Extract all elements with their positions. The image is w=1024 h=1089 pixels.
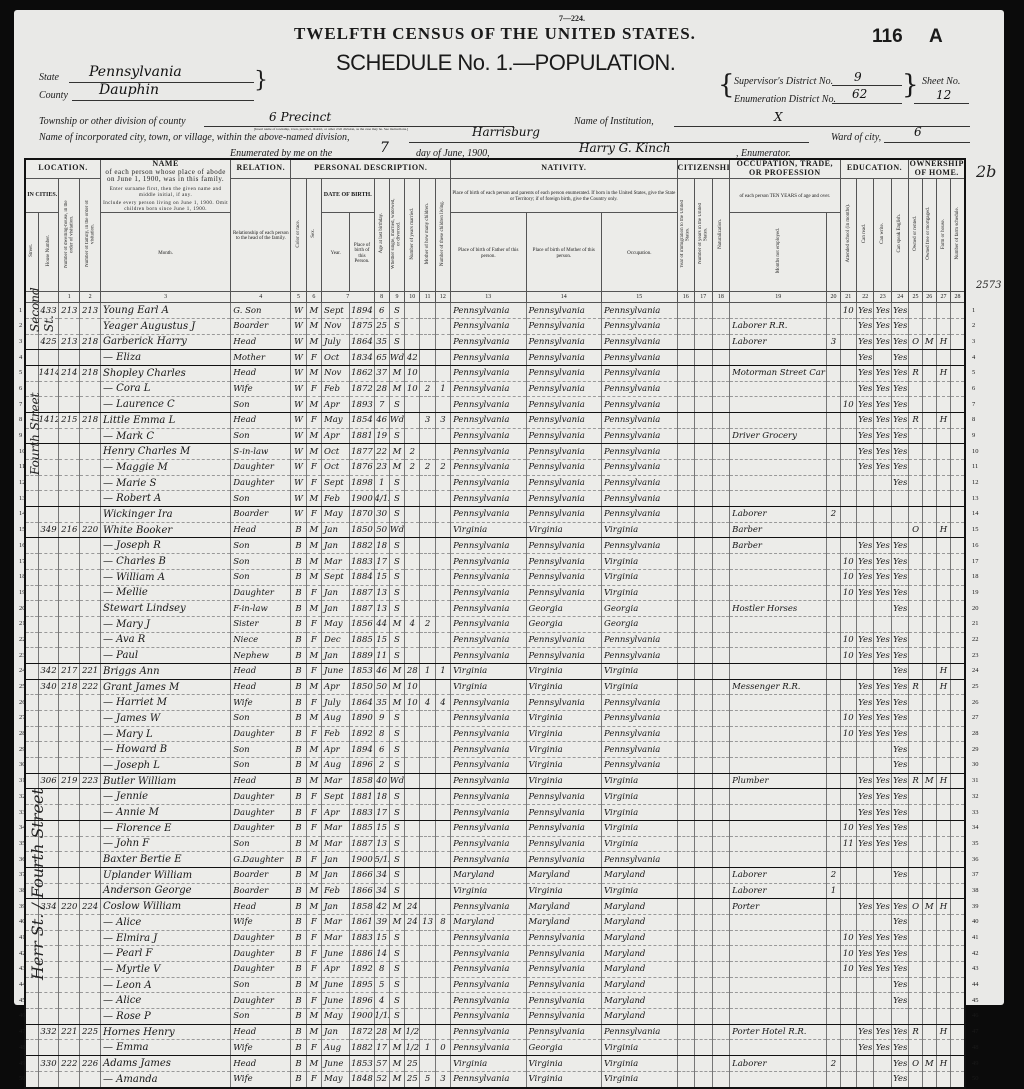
cell-fh xyxy=(936,946,950,962)
row-number: 3 xyxy=(19,338,22,345)
cell-ym xyxy=(405,962,420,978)
cell-ym: 2 xyxy=(405,460,420,476)
cell-fam xyxy=(80,1009,101,1016)
cell-sch xyxy=(840,601,856,617)
page-letter: A xyxy=(929,26,943,48)
cell-fm xyxy=(922,852,936,868)
cell-bp: Virginia xyxy=(451,883,526,899)
cell-read: Yes xyxy=(856,303,874,319)
cell-mu xyxy=(827,569,840,585)
row-number: 4 xyxy=(19,354,22,361)
cell-year: 1895 xyxy=(350,977,374,993)
cell-write xyxy=(874,993,892,1009)
cell-bf: Pennsylvania xyxy=(526,303,601,319)
cell-ym xyxy=(405,820,420,836)
cell-fs xyxy=(951,695,965,711)
cell-fs xyxy=(951,632,965,648)
cell-moc xyxy=(420,334,435,350)
row-number: 30 xyxy=(972,761,979,768)
column-number: 13 xyxy=(451,292,526,303)
cell-dw xyxy=(59,711,80,727)
cell-rel: Head xyxy=(231,522,291,538)
cell-eng: Yes xyxy=(891,569,909,585)
cell-cl xyxy=(435,946,450,962)
cell-own xyxy=(909,1009,922,1016)
cell-bm: Virginia xyxy=(602,522,678,538)
cell-mar: S xyxy=(389,867,404,883)
cell-occ xyxy=(730,648,827,664)
relation-header: RELATION. xyxy=(231,159,291,178)
cell-write: Yes xyxy=(874,711,892,727)
cell-sch xyxy=(840,412,856,428)
cell-cl xyxy=(435,601,450,617)
years-married-label: Number of years married. xyxy=(410,208,416,260)
cell-sex: F xyxy=(306,789,321,805)
cell-fm xyxy=(922,585,936,601)
row-number: 10 xyxy=(972,448,979,455)
cell-cl: 4 xyxy=(435,695,450,711)
table-row: — Joseph RSonBMJan188218SPennsylvaniaPen… xyxy=(25,538,965,554)
cell-moc xyxy=(420,303,435,319)
cell-street xyxy=(25,993,38,1009)
cell-read: Yes xyxy=(856,585,874,601)
cell-occ xyxy=(730,397,827,413)
cell-fam xyxy=(80,914,101,930)
cell-imm xyxy=(677,852,695,868)
cell-fh: H xyxy=(936,522,950,538)
cell-fs xyxy=(951,758,965,774)
cell-name: — Mellie xyxy=(101,585,231,601)
cell-month: Mar xyxy=(322,773,350,789)
cell-nat xyxy=(712,334,730,350)
cell-name: — Jennie xyxy=(101,789,231,805)
cell-fh xyxy=(936,805,950,821)
brace: } xyxy=(254,68,268,93)
cell-occ xyxy=(730,742,827,758)
cell-own xyxy=(909,460,922,476)
column-number: 16 xyxy=(677,292,695,303)
cell-dw xyxy=(59,585,80,601)
row-number: 9 xyxy=(19,432,22,439)
cell-fam xyxy=(80,491,101,507)
cell-bp: Pennsylvania xyxy=(451,538,526,554)
cell-imm xyxy=(677,789,695,805)
cell-month: Apr xyxy=(322,805,350,821)
cell-own xyxy=(909,397,922,413)
table-row: — Mark CSonWMApr188119SPennsylvaniaPenns… xyxy=(25,428,965,444)
cell-mu xyxy=(827,1009,840,1016)
cell-mu xyxy=(827,350,840,366)
cell-mar: S xyxy=(389,758,404,774)
cell-moc xyxy=(420,883,435,899)
cell-read: Yes xyxy=(856,805,874,821)
cell-fh xyxy=(936,977,950,993)
cell-yus xyxy=(695,616,713,632)
cell-read: Yes xyxy=(856,930,874,946)
cell-fh xyxy=(936,350,950,366)
cell-bp: Pennsylvania xyxy=(451,491,526,507)
row-number: 13 xyxy=(19,495,26,502)
cell-eng: Yes xyxy=(891,585,909,601)
cell-eng: Yes xyxy=(891,711,909,727)
cell-sex: F xyxy=(306,930,321,946)
cell-fam xyxy=(80,946,101,962)
cell-nat xyxy=(712,679,730,695)
cell-fh xyxy=(936,538,950,554)
cell-rel: Daughter xyxy=(231,475,291,491)
cell-mar: M xyxy=(389,914,404,930)
cell-read: Yes xyxy=(856,648,874,664)
dwelling-label: Number of dwelling-house, in the order o… xyxy=(64,197,75,271)
cell-yus xyxy=(695,460,713,476)
cell-age: 13 xyxy=(374,836,389,852)
cell-year: 1858 xyxy=(350,773,374,789)
cell-ym xyxy=(405,522,420,538)
cell-bp: Virginia xyxy=(451,679,526,695)
cell-year: 1887 xyxy=(350,601,374,617)
cell-sex: M xyxy=(306,303,321,319)
cell-fs xyxy=(951,899,965,915)
cell-bf: Pennsylvania xyxy=(526,946,601,962)
cell-imm xyxy=(677,350,695,366)
cell-moc xyxy=(420,350,435,366)
table-body: 433213213Young Earl AG. SonWMSept18946SP… xyxy=(25,303,965,1016)
cell-cl xyxy=(435,334,450,350)
farm-house-header: Farm or house. xyxy=(936,178,950,292)
street-label: Street. xyxy=(29,244,35,257)
cell-fam xyxy=(80,742,101,758)
name-note-1: Enter surname first, then the given name… xyxy=(101,187,230,198)
cell-yus xyxy=(695,742,713,758)
cell-bf: Georgia xyxy=(526,601,601,617)
cell-bm: Virginia xyxy=(602,554,678,570)
cell-month: Feb xyxy=(322,381,350,397)
cell-occ xyxy=(730,412,827,428)
cell-occ xyxy=(730,695,827,711)
cell-nat xyxy=(712,883,730,899)
cell-color: W xyxy=(291,397,306,413)
cell-dw: 213 xyxy=(59,334,80,350)
cell-bf: Pennsylvania xyxy=(526,585,601,601)
cell-write xyxy=(874,914,892,930)
cell-fs xyxy=(951,507,965,523)
cell-fm xyxy=(922,616,936,632)
cell-name: Stewart Lindsey xyxy=(101,601,231,617)
farm-house-label: Farm or house. xyxy=(941,219,947,249)
table-row: — AliceWifeBFMar186139M24138MarylandMary… xyxy=(25,914,965,930)
cell-sex: M xyxy=(306,318,321,334)
cell-nat xyxy=(712,554,730,570)
cell-bf: Pennsylvania xyxy=(526,460,601,476)
cell-color: B xyxy=(291,522,306,538)
row-number: 25 xyxy=(972,683,979,690)
cell-month: Apr xyxy=(322,962,350,978)
cell-color: B xyxy=(291,585,306,601)
cell-bf: Pennsylvania xyxy=(526,836,601,852)
cell-occ xyxy=(730,632,827,648)
cell-year: 1900 xyxy=(350,852,374,868)
cell-bm: Pennsylvania xyxy=(602,648,678,664)
cell-moc xyxy=(420,773,435,789)
cell-occ xyxy=(730,444,827,460)
cell-fs xyxy=(951,318,965,334)
cell-nat xyxy=(712,977,730,993)
row-number: 7 xyxy=(972,401,975,408)
row-number: 2 xyxy=(19,322,22,329)
cell-age: 2 xyxy=(374,758,389,774)
cell-mu xyxy=(827,789,840,805)
cell-bp: Pennsylvania xyxy=(451,946,526,962)
cell-imm xyxy=(677,397,695,413)
cell-moc xyxy=(420,930,435,946)
cell-year: 1893 xyxy=(350,397,374,413)
cell-fh xyxy=(936,726,950,742)
cell-yus xyxy=(695,350,713,366)
cell-eng: Yes xyxy=(891,648,909,664)
cell-eng: Yes xyxy=(891,444,909,460)
cell-name: Baxter Bertie E xyxy=(101,852,231,868)
cell-ym: 10 xyxy=(405,679,420,695)
cell-name: — Cora L xyxy=(101,381,231,397)
population-table: LOCATION. NAME of each person whose plac… xyxy=(24,158,966,1016)
cell-month: Feb xyxy=(322,883,350,899)
cell-imm xyxy=(677,758,695,774)
row-number: 17 xyxy=(19,558,26,565)
cell-fam xyxy=(80,381,101,397)
table-row: — Leon ASonBMJune18955SPennsylvaniaPenns… xyxy=(25,977,965,993)
cell-bm: Virginia xyxy=(602,773,678,789)
cell-year: 1872 xyxy=(350,381,374,397)
cell-occ: Driver Grocery xyxy=(730,428,827,444)
cell-dw xyxy=(59,444,80,460)
cell-write: Yes xyxy=(874,397,892,413)
cell-write xyxy=(874,977,892,993)
row-number: 24 xyxy=(19,667,26,674)
cell-yus xyxy=(695,899,713,915)
cell-bm: Pennsylvania xyxy=(602,852,678,868)
cell-name: — Charles B xyxy=(101,554,231,570)
cell-occ xyxy=(730,585,827,601)
cell-rel: S-in-law xyxy=(231,444,291,460)
cell-fm xyxy=(922,491,936,507)
cell-yus xyxy=(695,303,713,319)
cell-read: Yes xyxy=(856,569,874,585)
cell-age: 50 xyxy=(374,522,389,538)
cell-year: 1887 xyxy=(350,585,374,601)
cell-bp: Pennsylvania xyxy=(451,334,526,350)
cell-eng: Yes xyxy=(891,538,909,554)
cell-sch xyxy=(840,914,856,930)
cell-ym xyxy=(405,632,420,648)
month-label: Month. xyxy=(101,251,230,257)
cell-name: — Laurence C xyxy=(101,397,231,413)
enum-district-label: Enumeration District No. xyxy=(734,94,836,105)
cell-year: 1856 xyxy=(350,616,374,632)
cell-dw: 214 xyxy=(59,365,80,381)
cell-ym xyxy=(405,742,420,758)
cell-fam: 224 xyxy=(80,899,101,915)
cell-bm: Pennsylvania xyxy=(602,303,678,319)
owned-rented-header: Owned or rented. xyxy=(909,178,922,292)
cell-imm xyxy=(677,585,695,601)
cell-cl xyxy=(435,632,450,648)
cell-month: Oct xyxy=(322,460,350,476)
cell-sex: M xyxy=(306,491,321,507)
table-row: — Rose PSonBMMay19001/12SPennsylvaniaPen… xyxy=(25,1009,965,1016)
cell-mu xyxy=(827,318,840,334)
township-note: [Insert name of township, town, precinct… xyxy=(254,127,408,131)
cell-fm xyxy=(922,522,936,538)
column-number: 12 xyxy=(435,292,450,303)
cell-rel: Son xyxy=(231,397,291,413)
cell-fh xyxy=(936,507,950,523)
cell-write: Yes xyxy=(874,381,892,397)
cell-eng: Yes xyxy=(891,350,909,366)
cell-nat xyxy=(712,632,730,648)
cell-mu xyxy=(827,428,840,444)
cell-rel: Boarder xyxy=(231,883,291,899)
cell-fh: H xyxy=(936,334,950,350)
cell-fam: 221 xyxy=(80,663,101,679)
cell-fs xyxy=(951,977,965,993)
cell-sch xyxy=(840,679,856,695)
column-number: 11 xyxy=(420,292,435,303)
cell-name: — Mary J xyxy=(101,616,231,632)
table-row: — Howard BSonBMApr18946SPennsylvaniaVirg… xyxy=(25,742,965,758)
cell-read: Yes xyxy=(856,773,874,789)
cell-bp: Pennsylvania xyxy=(451,820,526,836)
cell-fam xyxy=(80,789,101,805)
row-number: 11 xyxy=(972,463,978,470)
cell-moc xyxy=(420,632,435,648)
years-us-header: Number of years in the United States. xyxy=(695,178,713,292)
cell-cl xyxy=(435,428,450,444)
cell-year: 1850 xyxy=(350,679,374,695)
table-row: — PaulNephewBMJan188911SPennsylvaniaPenn… xyxy=(25,648,965,664)
cell-age: 35 xyxy=(374,334,389,350)
cell-fm xyxy=(922,930,936,946)
cell-read: Yes xyxy=(856,318,874,334)
row-number: 11 xyxy=(19,463,25,470)
row-number: 35 xyxy=(972,840,979,847)
row-number: 23 xyxy=(972,652,979,659)
cell-bp: Pennsylvania xyxy=(451,460,526,476)
cell-own xyxy=(909,962,922,978)
cell-ym xyxy=(405,538,420,554)
years-married-header: Number of years married. xyxy=(405,178,420,292)
birth-father-header: Place of birth of Father of this person. xyxy=(451,213,526,292)
cell-occ xyxy=(730,977,827,993)
cell-fam xyxy=(80,569,101,585)
cell-sex: M xyxy=(306,1009,321,1016)
cell-moc xyxy=(420,569,435,585)
cell-mar: S xyxy=(389,962,404,978)
row-number: 28 xyxy=(19,730,26,737)
cell-fs xyxy=(951,679,965,695)
cell-eng: Yes xyxy=(891,318,909,334)
month-header: Month. xyxy=(101,213,231,292)
cell-ym xyxy=(405,412,420,428)
cell-month: Aug xyxy=(322,758,350,774)
cell-month: Apr xyxy=(322,397,350,413)
cell-imm xyxy=(677,742,695,758)
cell-imm xyxy=(677,303,695,319)
cell-nat xyxy=(712,789,730,805)
cell-ym xyxy=(405,977,420,993)
cell-sex: F xyxy=(306,695,321,711)
cell-fh xyxy=(936,742,950,758)
cell-fh xyxy=(936,616,950,632)
cell-bp: Pennsylvania xyxy=(451,444,526,460)
cell-sch xyxy=(840,867,856,883)
cell-nat xyxy=(712,1009,730,1016)
row-number: 42 xyxy=(972,950,979,957)
cell-rel: Daughter xyxy=(231,993,291,1009)
cell-fh xyxy=(936,930,950,946)
cell-age: 1/12 xyxy=(374,1009,389,1016)
cell-mar: S xyxy=(389,397,404,413)
cell-imm xyxy=(677,554,695,570)
cell-yus xyxy=(695,789,713,805)
cell-yus xyxy=(695,444,713,460)
occupation-desc: of each person TEN YEARS of age and over… xyxy=(730,194,840,200)
cell-sch: 10 xyxy=(840,554,856,570)
cell-mu xyxy=(827,711,840,727)
table-row: — Marie SDaughterWFSept18981SPennsylvani… xyxy=(25,475,965,491)
cell-fam xyxy=(80,711,101,727)
cell-bf: Pennsylvania xyxy=(526,381,601,397)
cell-fm xyxy=(922,946,936,962)
cell-write: Yes xyxy=(874,554,892,570)
cell-color: B xyxy=(291,726,306,742)
cell-street xyxy=(25,554,38,570)
cell-sch: 10 xyxy=(840,397,856,413)
cell-cl xyxy=(435,758,450,774)
cell-fs xyxy=(951,350,965,366)
cell-nat xyxy=(712,663,730,679)
cell-write xyxy=(874,1009,892,1016)
column-number: 27 xyxy=(936,292,950,303)
cell-year: 1881 xyxy=(350,428,374,444)
table-row: — William ASonBMSept188415SPennsylvaniaP… xyxy=(25,569,965,585)
cell-bf: Pennsylvania xyxy=(526,569,601,585)
cell-bf: Pennsylvania xyxy=(526,648,601,664)
cell-eng: Yes xyxy=(891,554,909,570)
cell-bf: Virginia xyxy=(526,663,601,679)
cell-month: Sept xyxy=(322,789,350,805)
cell-month: Mar xyxy=(322,554,350,570)
cell-dw: 217 xyxy=(59,663,80,679)
cell-year: 1900 xyxy=(350,1009,374,1016)
cell-eng: Yes xyxy=(891,460,909,476)
cell-ym xyxy=(405,946,420,962)
cell-ym: 24 xyxy=(405,914,420,930)
supervisor-label: Supervisor's District No. xyxy=(734,76,833,87)
cell-sch xyxy=(840,899,856,915)
cell-cl xyxy=(435,444,450,460)
cell-name: Coslow William xyxy=(101,899,231,915)
cell-street xyxy=(25,569,38,585)
cell-bp: Pennsylvania xyxy=(451,616,526,632)
cell-fam xyxy=(80,962,101,978)
cell-moc xyxy=(420,711,435,727)
cell-cl xyxy=(435,993,450,1009)
cell-cl xyxy=(435,365,450,381)
cell-read: Yes xyxy=(856,820,874,836)
cell-mu xyxy=(827,491,840,507)
row-number: 45 xyxy=(19,997,26,1004)
cell-color: W xyxy=(291,381,306,397)
